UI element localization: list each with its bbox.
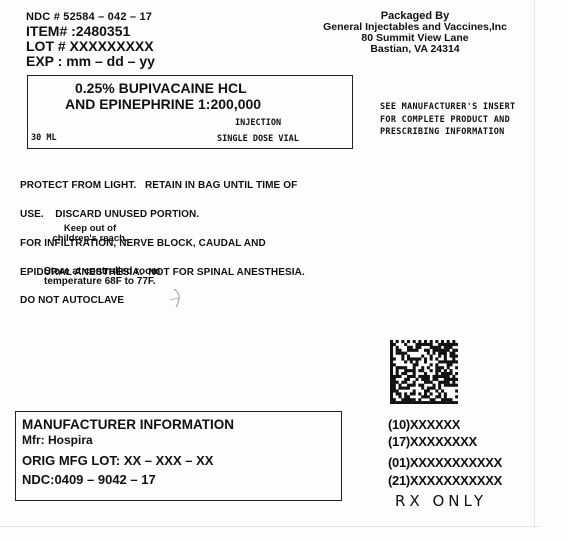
warning-line: DO NOT AUTOCLAVE — [20, 296, 305, 306]
gs1-gtin: (01)XXXXXXXXXXX — [388, 455, 502, 470]
storage-line: temperature 68F to 77F. — [44, 277, 160, 287]
gs1-serial: (21)XXXXXXXXXXX — [388, 473, 502, 488]
product-volume: 30 ML — [31, 133, 57, 143]
item-number: ITEM# :2480351 — [26, 23, 130, 39]
gs1-expiry: (17)XXXXXXXX — [388, 434, 477, 449]
rx-only: RX ONLY — [395, 492, 487, 510]
datamatrix-icon — [390, 340, 458, 404]
lot-number: LOT # XXXXXXXXX — [26, 38, 154, 54]
manufacturer-name: Mfr: Hospira — [22, 433, 93, 447]
insert-notice-line: PRESCRIBING INFORMATION — [380, 126, 515, 139]
product-box: 0.25% BUPIVACAINE HCL AND EPINEPHRINE 1:… — [27, 75, 353, 149]
manufacturer-lot: ORIG MFG LOT: XX – XXX – XX — [22, 453, 213, 468]
warning-line: USE. DISCARD UNUSED PORTION. — [20, 210, 305, 220]
manufacturer-ndc: NDC:0409 – 9042 – 17 — [22, 472, 156, 487]
warning-line: PROTECT FROM LIGHT. RETAIN IN BAG UNTIL … — [20, 181, 305, 191]
product-name-line2: AND EPINEPHRINE 1:200,000 — [65, 96, 261, 112]
gs1-lot: (10)XXXXXX — [388, 417, 460, 432]
insert-notice-line: FOR COMPLETE PRODUCT AND — [380, 114, 515, 127]
insert-notice: SEE MANUFACTURER'S INSERT FOR COMPLETE P… — [380, 101, 515, 139]
packager-city: Bastian, VA 24314 — [300, 44, 530, 55]
label-bottom-edge — [0, 526, 540, 527]
product-name-line1: 0.25% BUPIVACAINE HCL — [75, 80, 247, 96]
keep-out-notice: Keep out of children's reach. — [40, 224, 140, 243]
packager-ndc: NDC # 52584 – 042 – 17 — [26, 11, 152, 23]
keep-out-line: children's reach. — [40, 234, 140, 244]
label-right-edge — [534, 0, 535, 528]
manufacturer-title: MANUFACTURER INFORMATION — [22, 417, 234, 432]
insert-notice-line: SEE MANUFACTURER'S INSERT — [380, 101, 515, 114]
product-form: INJECTION — [235, 118, 281, 128]
manufacturer-box: MANUFACTURER INFORMATION Mfr: Hospira OR… — [15, 411, 342, 501]
packager-info: Packaged By General Injectables and Vacc… — [300, 11, 530, 55]
product-container: SINGLE DOSE VIAL — [217, 134, 299, 144]
storage-notice: Store at controlled room temperature 68F… — [44, 267, 160, 286]
pen-mark-icon — [168, 287, 188, 309]
expiration-date: EXP : mm – dd – yy — [26, 53, 155, 69]
